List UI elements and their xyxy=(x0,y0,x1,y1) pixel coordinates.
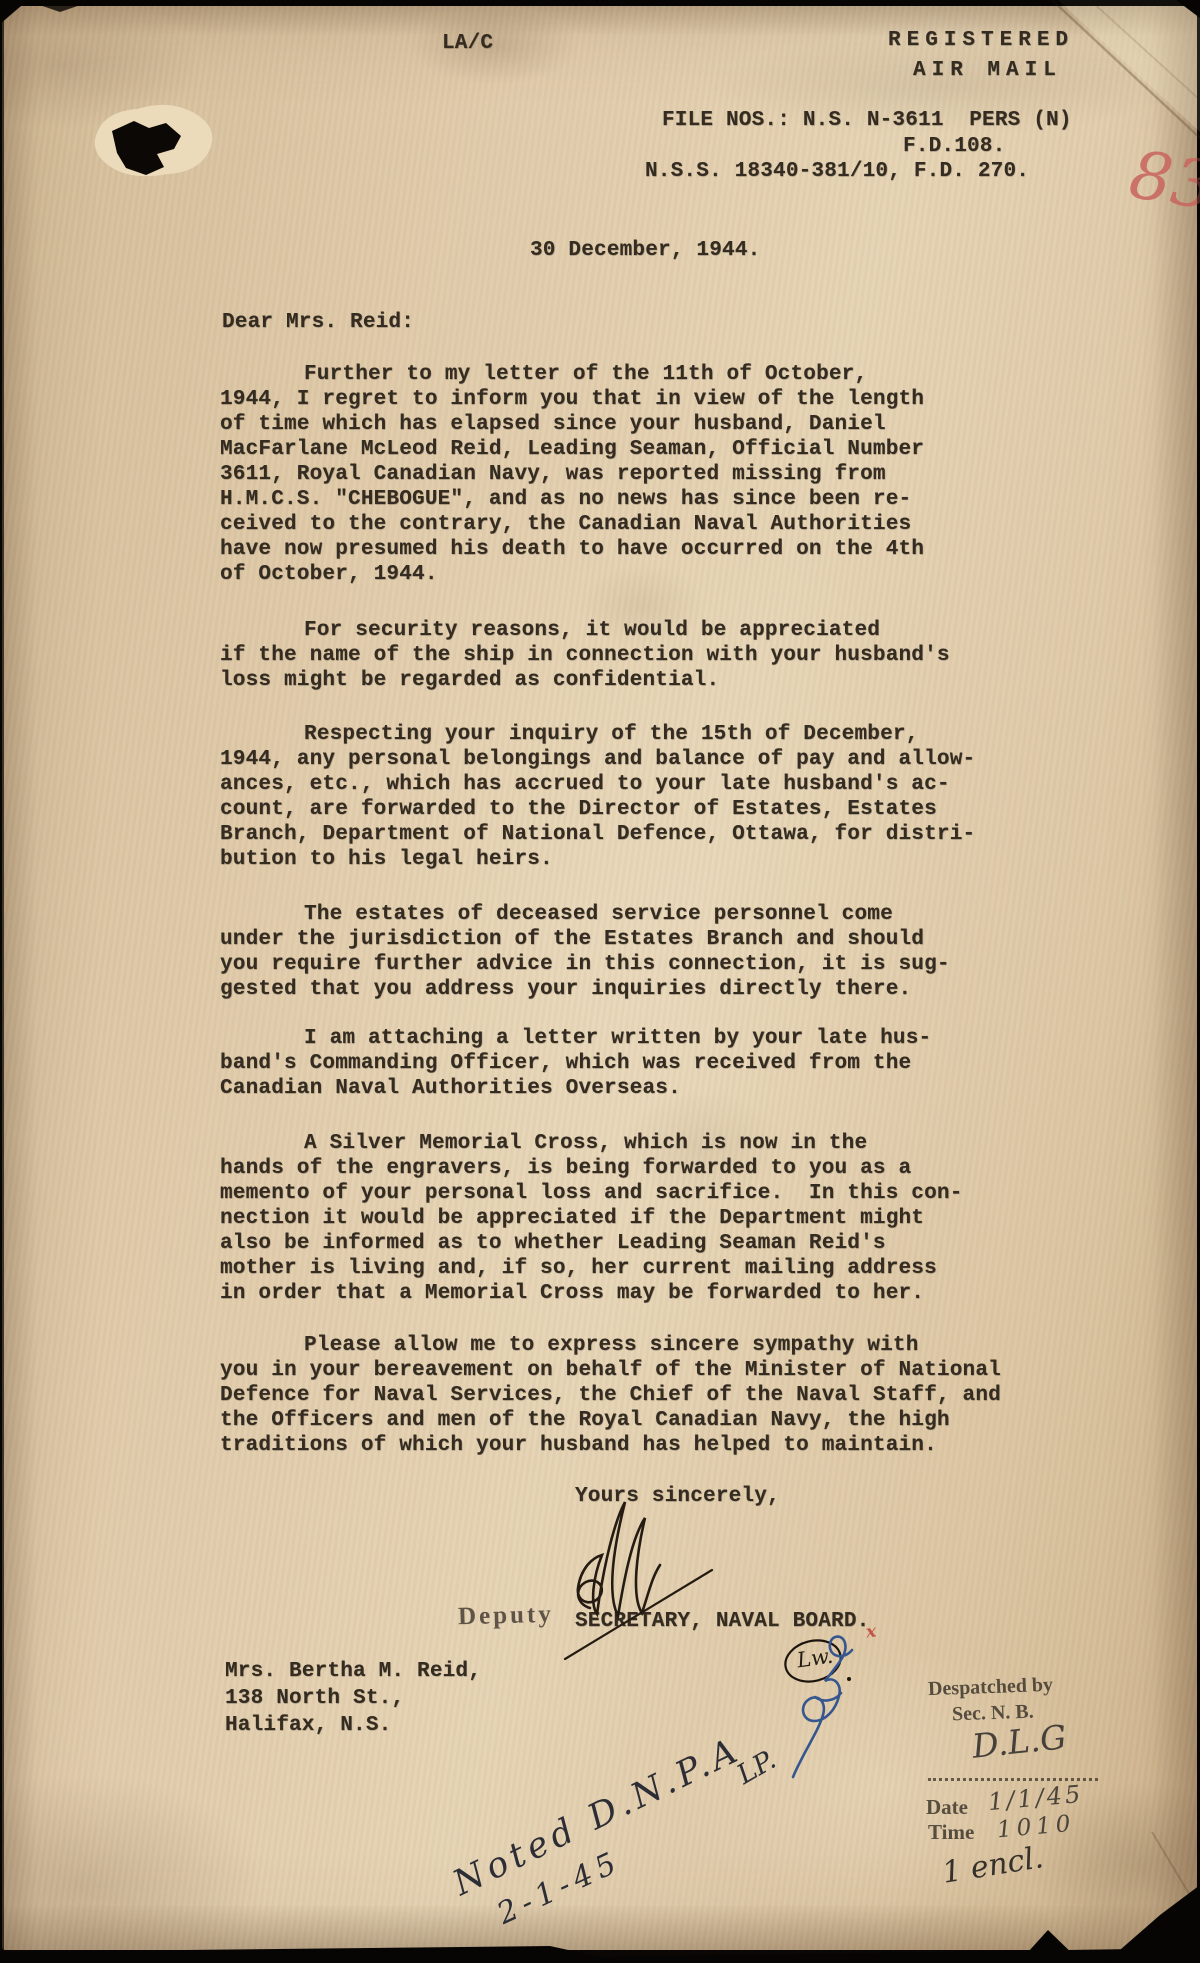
deputy-stamp: Deputy xyxy=(458,1601,554,1631)
air-mail-stamp: AIR MAIL xyxy=(913,58,1062,83)
recipient-city: Halifax, N.S. xyxy=(225,1713,391,1738)
paragraph-1: Further to my letter of the 11th of Octo… xyxy=(220,362,1030,587)
letter-date: 30 December, 1944. xyxy=(530,238,760,263)
file-number-line-1: FILE NOS.: N.S. N-3611 PERS (N) xyxy=(662,108,1072,133)
file-number-line-3: N.S.S. 18340-381/10, F.D. 270. xyxy=(645,159,1029,184)
despatched-stamp-line-1: Despatched by xyxy=(928,1674,1054,1701)
despatch-time-label: Time xyxy=(928,1820,974,1845)
salutation: Dear Mrs. Reid: xyxy=(222,310,414,335)
paragraph-4: The estates of deceased service personne… xyxy=(220,902,1030,1002)
despatch-signature-line xyxy=(928,1752,1098,1781)
closing: Yours sincerely, xyxy=(575,1484,780,1509)
paragraph-7: Please allow me to express sincere sympa… xyxy=(220,1333,1030,1458)
paragraph-5: I am attaching a letter written by your … xyxy=(220,1026,1030,1101)
paragraph-3: Respecting your inquiry of the 15th of D… xyxy=(220,722,1030,872)
circled-initials: Lw. xyxy=(796,1644,835,1673)
recipient-street: 138 North St., xyxy=(225,1686,404,1711)
page-number-annotation: 83 xyxy=(1124,136,1200,225)
classification-code: LA/C xyxy=(442,31,493,56)
scanned-letter-page: LA/C REGISTERED AIR MAIL FILE NOS.: N.S.… xyxy=(0,0,1200,1963)
paragraph-6: A Silver Memorial Cross, which is now in… xyxy=(220,1131,1030,1306)
file-number-line-2: F.D.108. xyxy=(903,134,1005,159)
recipient-name: Mrs. Bertha M. Reid, xyxy=(225,1659,481,1684)
signer-title: SECRETARY, NAVAL BOARD. xyxy=(575,1609,869,1634)
paragraph-2: For security reasons, it would be apprec… xyxy=(220,618,1030,693)
registered-stamp: REGISTERED xyxy=(888,28,1074,53)
despatch-date-label: Date xyxy=(926,1795,968,1820)
